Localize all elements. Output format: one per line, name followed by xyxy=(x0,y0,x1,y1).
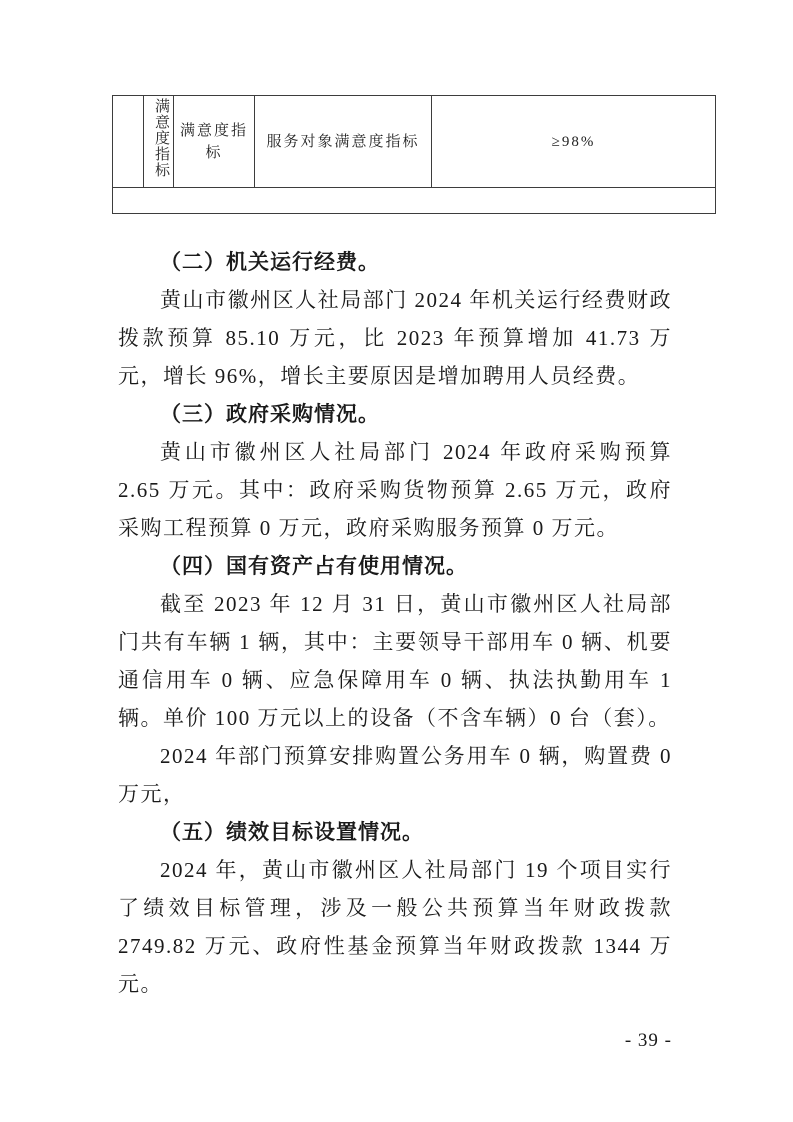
vertical-category-label: 满意度指标 xyxy=(148,98,174,178)
page-number: - 39 - xyxy=(118,1030,672,1052)
section-heading-performance-targets: （五）绩效目标设置情况。 xyxy=(118,813,672,851)
table-row-empty xyxy=(113,188,716,214)
table-cell-indicator-name: 服务对象满意度指标 xyxy=(255,96,432,188)
paragraph-agency-operating-funds: 黄山市徽州区人社局部门 2024 年机关运行经费财政拨款预算 85.10 万元，… xyxy=(118,281,672,395)
table-cell-empty-row xyxy=(113,188,716,214)
table-cell-subcategory: 满意度指标 xyxy=(174,96,255,188)
satisfaction-indicator-table: 满意度指标 满意度指标 服务对象满意度指标 ≥98% xyxy=(112,95,716,214)
table-cell-indicator-value: ≥98% xyxy=(432,96,716,188)
section-heading-agency-operating-funds: （二）机关运行经费。 xyxy=(118,243,672,281)
paragraph-vehicle-purchase-budget: 2024 年部门预算安排购置公务用车 0 辆，购置费 0 万元， xyxy=(118,737,672,813)
document-page: 满意度指标 满意度指标 服务对象满意度指标 ≥98% （二）机关运行经费。 黄山… xyxy=(0,0,793,1122)
paragraph-government-procurement: 黄山市徽州区人社局部门 2024 年政府采购预算 2.65 万元。其中：政府采购… xyxy=(118,433,672,547)
section-heading-government-procurement: （三）政府采购情况。 xyxy=(118,395,672,433)
paragraph-performance-targets: 2024 年，黄山市徽州区人社局部门 19 个项目实行了绩效目标管理，涉及一般公… xyxy=(118,851,672,1003)
table-row: 满意度指标 满意度指标 服务对象满意度指标 ≥98% xyxy=(113,96,716,188)
paragraph-state-assets-vehicles: 截至 2023 年 12 月 31 日，黄山市徽州区人社局部门共有车辆 1 辆，… xyxy=(118,585,672,737)
section-heading-state-assets: （四）国有资产占有使用情况。 xyxy=(118,547,672,585)
table-cell-category-vertical: 满意度指标 xyxy=(144,96,174,188)
table-cell-empty xyxy=(113,96,144,188)
document-body: （二）机关运行经费。 黄山市徽州区人社局部门 2024 年机关运行经费财政拨款预… xyxy=(118,243,672,1003)
